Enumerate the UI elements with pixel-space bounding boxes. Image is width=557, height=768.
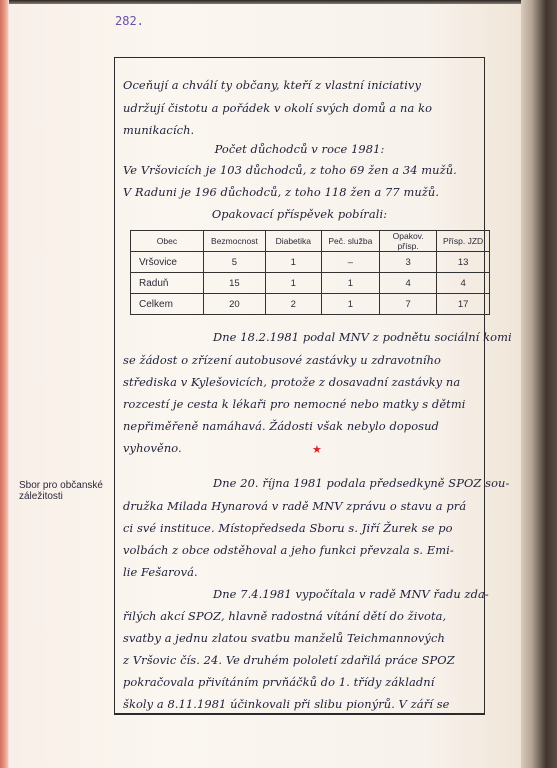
- column-header: Peč. služba: [321, 231, 379, 252]
- paragraph4-line: svatby a jednu zlatou svatbu manželů Tei…: [123, 631, 484, 645]
- cell: 4: [380, 273, 437, 294]
- margin-note: Sbor pro občanské záležitosti: [19, 480, 114, 502]
- paragraph3-line: ci své instituce. Místopředseda Sboru s.…: [123, 521, 484, 535]
- page-left-edge: [0, 0, 9, 768]
- table-row: Raduň 15 1 1 4 4: [131, 273, 490, 294]
- paragraph2-line: se žádost o zřízení autobusové zastávky …: [123, 353, 484, 367]
- cell: 7: [380, 294, 437, 315]
- book-spine: [521, 0, 557, 768]
- column-header: Obec: [131, 231, 204, 252]
- cell: 5: [203, 252, 265, 273]
- cell: 13: [437, 252, 490, 273]
- cell: 2: [265, 294, 321, 315]
- cell: 17: [437, 294, 490, 315]
- cell: 15: [203, 273, 265, 294]
- cell: 1: [265, 252, 321, 273]
- paragraph2-line: vyhověno.: [123, 441, 484, 455]
- column-header: Bezmocnost: [203, 231, 265, 252]
- allowance-table: Obec Bezmocnost Diabetika Peč. služba Op…: [130, 230, 490, 315]
- paragraph1-line: munikacích.: [123, 123, 484, 137]
- cell: –: [321, 252, 379, 273]
- paragraph3-line: družka Milada Hynarová v radě MNV zprávu…: [123, 499, 484, 513]
- pensioners-heading: Počet důchodců v roce 1981:: [115, 142, 484, 156]
- cell: 1: [321, 273, 379, 294]
- table-row: Vršovice 5 1 – 3 13: [131, 252, 490, 273]
- column-header: Opakov. přísp.: [380, 231, 437, 252]
- paragraph4-line: řilých akcí SPOZ, hlavně radostná vítání…: [123, 609, 484, 623]
- red-star-icon: ★: [312, 443, 322, 456]
- paragraph1-line: udržují čistotu a pořádek v okolí svých …: [123, 101, 484, 115]
- paragraph3-line: lie Fešarová.: [123, 565, 484, 579]
- cell: 1: [321, 294, 379, 315]
- cell: Vršovice: [131, 252, 204, 273]
- paragraph4-line: Dne 7.4.1981 vypočítala v radě MNV řadu …: [213, 587, 484, 601]
- paragraph2-line: rozcestí je cesta k lékaři pro nemocné n…: [123, 397, 484, 411]
- table-header-row: Obec Bezmocnost Diabetika Peč. služba Op…: [131, 231, 490, 252]
- table-heading: Opakovací příspěvek pobírali:: [115, 207, 484, 221]
- cell: 1: [265, 273, 321, 294]
- cell: 20: [203, 294, 265, 315]
- paragraph3-line: volbách z obce odstěhoval a jeho funkci …: [123, 543, 484, 557]
- page-number: 282.: [115, 14, 144, 28]
- text-frame: Oceňují a chválí ty občany, kteří z vlas…: [114, 57, 485, 715]
- paragraph4-line: z Vršovic čís. 24. Ve druhém pololetí zd…: [123, 653, 484, 667]
- paragraph4-line: školy a 8.11.1981 účinkovali při slibu p…: [123, 697, 484, 711]
- cell: 4: [437, 273, 490, 294]
- pensioners-line: V Raduni je 196 důchodců, z toho 118 žen…: [123, 185, 484, 199]
- paragraph2-line: nepřiměřeně namáhavá. Žádosti však nebyl…: [123, 419, 484, 433]
- paragraph4-line: pokračovala přivítáním prvňáčků do 1. tř…: [123, 675, 484, 689]
- paragraph3-line: Dne 20. října 1981 podala předsedkyně SP…: [213, 476, 484, 490]
- cell: Celkem: [131, 294, 204, 315]
- table-row: Celkem 20 2 1 7 17: [131, 294, 490, 315]
- pensioners-line: Ve Vršovicích je 103 důchodců, z toho 69…: [123, 163, 484, 177]
- column-header: Přísp. JZD: [437, 231, 490, 252]
- paragraph2-line: Dne 18.2.1981 podal MNV z podnětu sociál…: [213, 330, 484, 344]
- cell: 3: [380, 252, 437, 273]
- cell: Raduň: [131, 273, 204, 294]
- column-header: Diabetika: [265, 231, 321, 252]
- paragraph2-line: střediska v Kylešovicích, protože z dosa…: [123, 375, 484, 389]
- paragraph1-line: Oceňují a chválí ty občany, kteří z vlas…: [123, 78, 484, 92]
